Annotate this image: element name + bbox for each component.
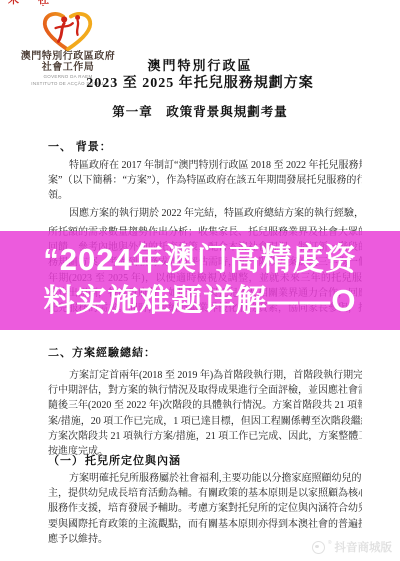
heart-figures-icon bbox=[37, 6, 99, 52]
text-line: 方案次階段共 21 項執行方案/措施，21 項工作已完成、因此，方案整體工作已 bbox=[48, 429, 362, 444]
promo-overlay-banner: “2024年澳门高精度资 料实施难题详解——O bbox=[0, 231, 400, 330]
text-line: 要與國際托育政策的主流觀點，而有關基本原則亦得到本澳社會的普遍接受，故 bbox=[48, 517, 362, 532]
watermark-icon bbox=[312, 541, 325, 554]
text-line: 服務作支援，培育發展予輔助。考慮方案對托兒所的定位與內涵符合幼兒發展需 bbox=[48, 501, 362, 516]
document-title-line2: 2023 至 2025 年托兒服務規劃方案 bbox=[0, 72, 400, 92]
promo-text-line1: “2024年澳门高精度资 bbox=[0, 242, 400, 278]
text-line: 主，提供幼兒成長培育活動為輔。有關政策的基本原則是以家照顧為核心、托兒 bbox=[48, 486, 362, 501]
text-line: 案/措施，20 項工作已完成，1 項已達目標，但因工程關係轉至次階段繼續執行； bbox=[48, 414, 362, 429]
text-line: 案”（以下簡稱：“方案”），作為特區政府在該五年期間發展托兒服務的行動綱 bbox=[48, 173, 362, 188]
text-line: 因應方案的執行期於 2022 年完結，特區政府總結方案的執行經驗，對托兒 bbox=[48, 206, 362, 221]
text-line: 隨後三年(2020 至 2022 年)次階段的具體執行情況。方案首階段共 21 … bbox=[48, 398, 362, 413]
text-line: 領。 bbox=[48, 188, 362, 203]
document-page: 米 社亠 澳門特別行政區政府 社會工作局 GOVERNO DA RAEM INS… bbox=[0, 0, 400, 561]
subsection1-heading: （一）托兒所定位與內涵 bbox=[48, 452, 362, 468]
watermark: ® 抖音商城版 bbox=[312, 539, 392, 555]
paragraph: 因應方案的執行期於 2022 年完結，特區政府總結方案的執行經驗，對托兒 bbox=[48, 206, 362, 221]
paragraph: 特區政府在 2017 年制訂“澳門特別行政區 2018 至 2022 年托兒服務… bbox=[48, 158, 362, 204]
section2-heading: 二、方案經驗總結： bbox=[48, 344, 362, 360]
paragraph: 方案訂定首兩年(2018 至 2019 年)為首階段執行期，首階段執行期完結後進… bbox=[48, 368, 362, 459]
watermark-text: 抖音商城版 bbox=[335, 539, 393, 555]
chapter-heading: 第一章 政策背景與規劃考量 bbox=[0, 102, 400, 120]
text-line: 特區政府在 2017 年制訂“澳門特別行政區 2018 至 2022 年托兒服務… bbox=[48, 158, 362, 173]
paragraph: 方案明確托兒所服務屬於社會福利,主要功能以分擔家庭照顧幼兒的責任為 主，提供幼兒… bbox=[48, 471, 362, 547]
registered-mark: ® bbox=[328, 540, 332, 546]
section1-heading: 一、 背景： bbox=[48, 138, 362, 154]
promo-text-line2: 料实施难题详解——O bbox=[0, 283, 400, 319]
subsection-number: （一） bbox=[48, 452, 85, 468]
subsection-title: 托兒所定位與內涵 bbox=[85, 455, 181, 467]
text-line: 行中期評估，對方案的執行情況及取得成果進行全面評檢，並因應社會需要調整 bbox=[48, 383, 362, 398]
text-line: 方案訂定首兩年(2018 至 2019 年)為首階段執行期，首階段執行期完結後進 bbox=[48, 368, 362, 383]
text-line: 方案明確托兒所服務屬於社會福利,主要功能以分擔家庭照顧幼兒的責任為 bbox=[48, 471, 362, 486]
